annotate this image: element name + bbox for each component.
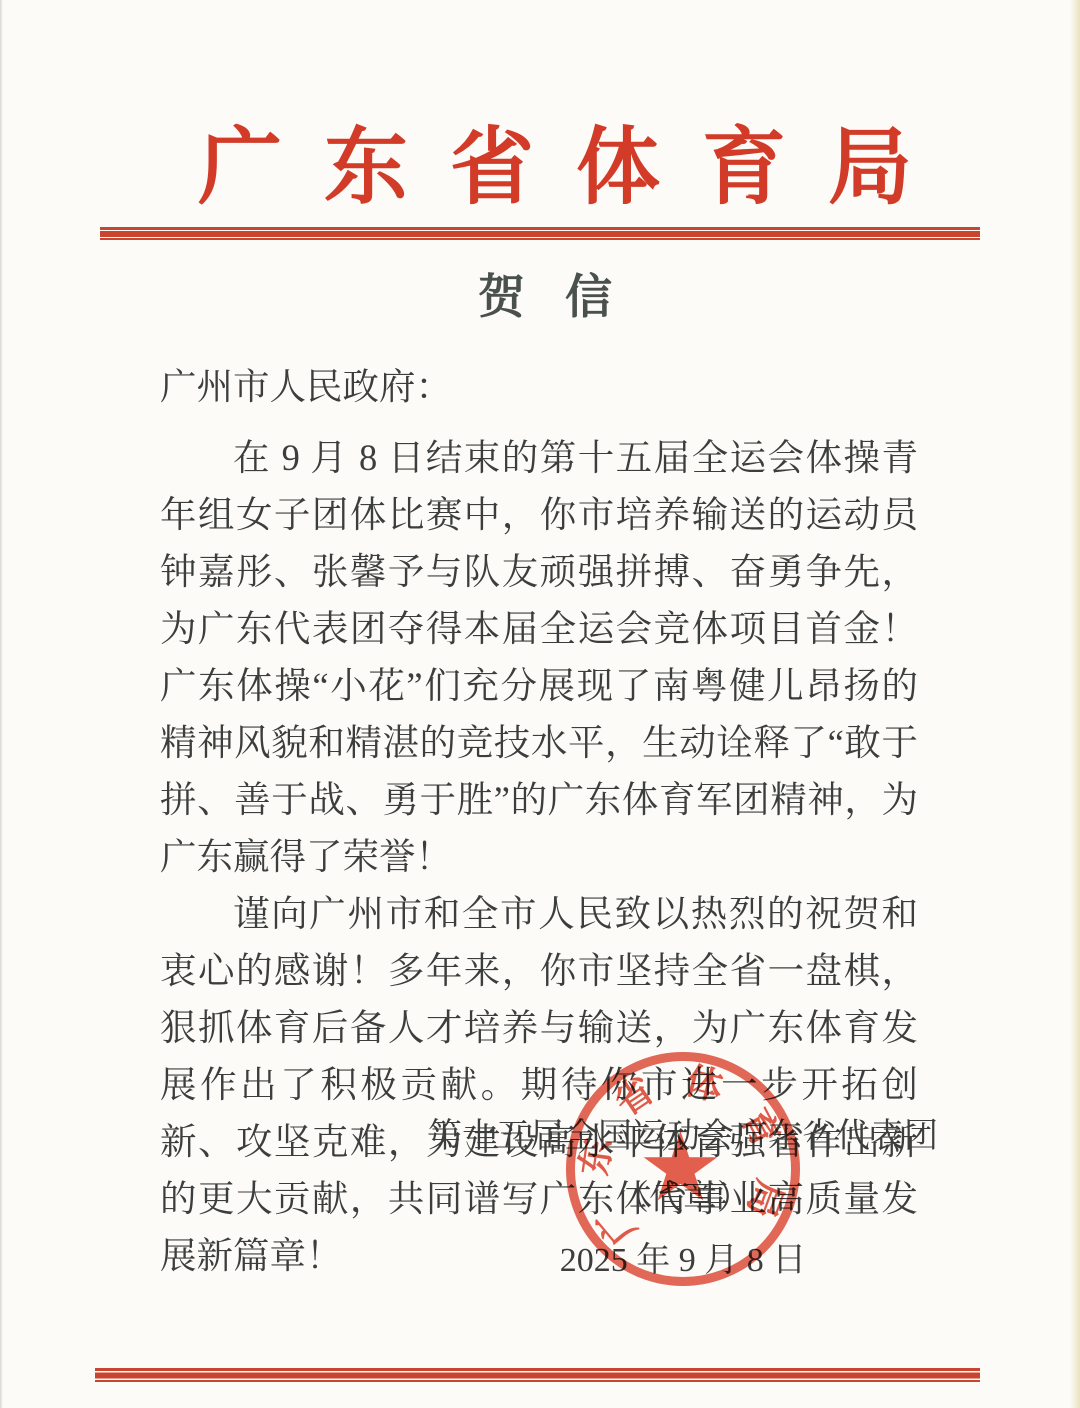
header-rule [100, 227, 980, 240]
letter-title: 贺信 [0, 260, 1080, 327]
signature-signer: 第十五届全国运动会广东省代表团 [383, 1106, 983, 1168]
signature-date: 2025 年 9 月 8 日 [383, 1230, 983, 1292]
signature-seal-note: （代章） [383, 1168, 983, 1230]
agency-title: 广东省体育局 [0, 100, 1080, 221]
letter-page: 广东省体育局 贺信 广州市人民政府： 在 9 月 8 日结束的第十五届全运会体操… [0, 0, 1080, 1408]
body-paragraph-1: 在 9 月 8 日结束的第十五届全运会体操青年组女子团体比赛中，你市培养输送的运… [160, 429, 918, 885]
signature-block: 第十五届全国运动会广东省代表团 （代章） 2025 年 9 月 8 日 [383, 1106, 983, 1292]
footer-rule [95, 1368, 980, 1382]
salutation: 广州市人民政府： [160, 358, 918, 415]
